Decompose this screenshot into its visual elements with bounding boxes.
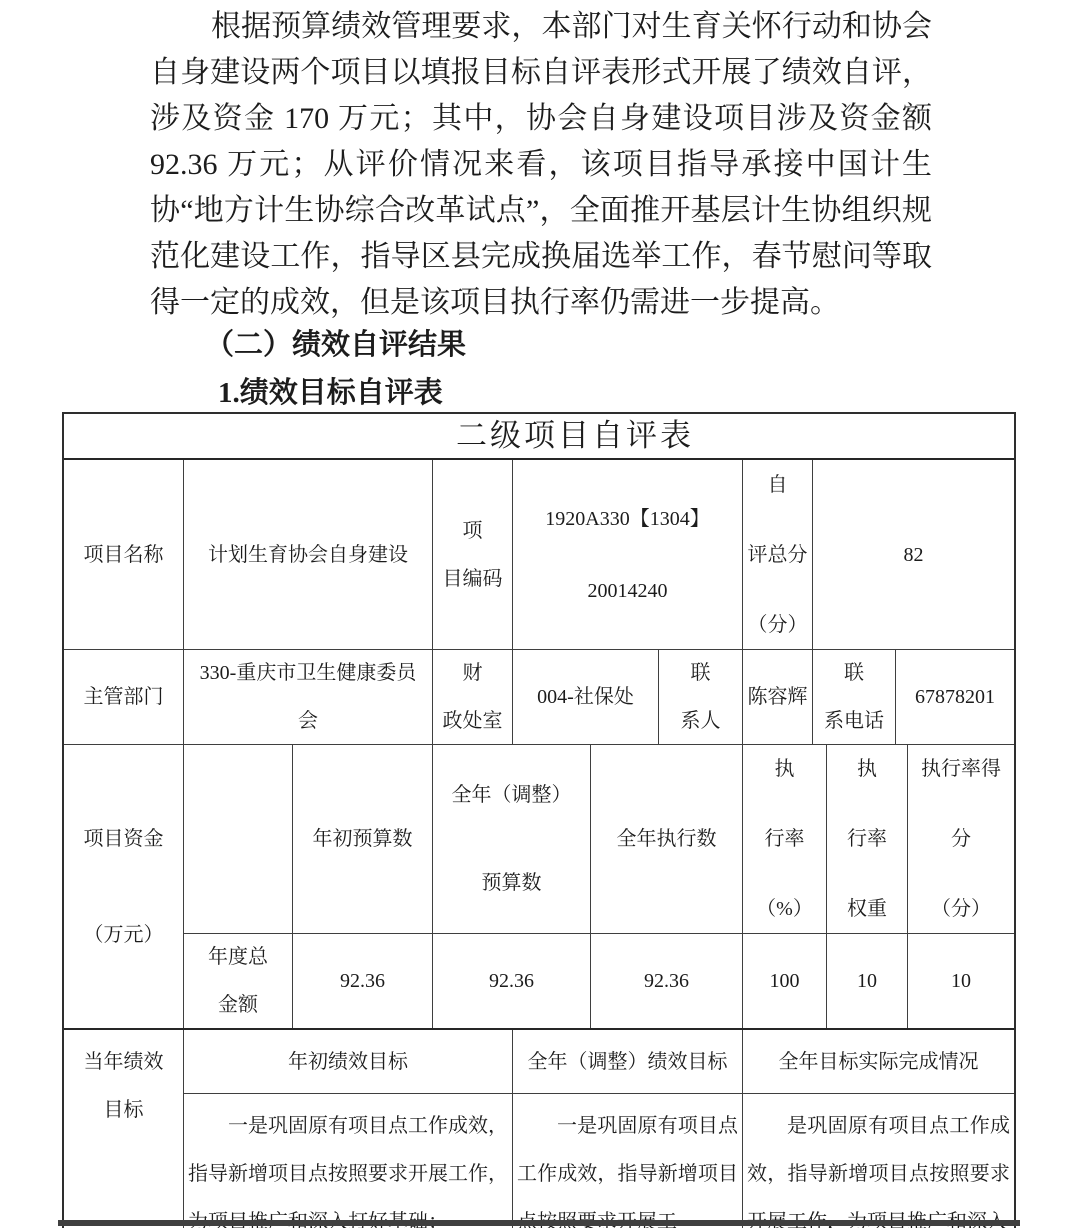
project-code-value: 1920A330【1304】 20014240	[513, 460, 743, 649]
table-row-funds: 项目资金 （万元） 年初预算数 全年（调整） 预算数 全年执行数 执 行率 （%…	[64, 745, 1014, 1030]
funds-subrows: 年初预算数 全年（调整） 预算数 全年执行数 执 行率 （%） 执 行率 权重 …	[184, 745, 1014, 1028]
funds-score-header: 执行率得 分 （分）	[908, 745, 1014, 933]
goals-initial-header: 年初绩效目标	[184, 1030, 513, 1093]
funds-weight-header: 执 行率 权重	[827, 745, 908, 933]
contact-label: 联 系人	[659, 650, 743, 744]
goals-actual-text: 是巩固原有项目点工作成效，指导新增项目点按照要求开展工作，为项目推广和深入	[743, 1094, 1014, 1228]
project-code-label: 项 目编码	[433, 460, 513, 649]
section-heading: （二）绩效自评结果	[205, 322, 466, 368]
funds-empty-cell	[184, 745, 293, 933]
goals-initial-text: 一是巩固原有项目点工作成效，指导新增项目点按照要求开展工作，为项目推广和深入打好…	[184, 1094, 513, 1228]
project-name-label: 项目名称	[64, 460, 184, 649]
execution-rate-value: 100	[743, 934, 827, 1028]
page-cut-edge	[58, 1220, 1020, 1226]
rate-score-value: 10	[908, 934, 1014, 1028]
adjusted-budget-value: 92.36	[433, 934, 591, 1028]
table-row-project: 项目名称 计划生育协会自身建设 项 目编码 1920A330【1304】 200…	[64, 460, 1014, 650]
table-title: 二级项目自评表	[64, 414, 1014, 458]
phone-value: 67878201	[896, 650, 1014, 744]
funds-rate-header: 执 行率 （%）	[743, 745, 827, 933]
initial-budget-value: 92.36	[293, 934, 433, 1028]
rate-weight-value: 10	[827, 934, 908, 1028]
document-page: 根据预算绩效管理要求，本部门对生育关怀行动和协会自身建设两个项目以填报目标自评表…	[0, 0, 1074, 1228]
department-value: 330-重庆市卫生健康委员 会	[184, 650, 433, 744]
self-score-value: 82	[813, 460, 1014, 649]
project-name-value: 计划生育协会自身建设	[184, 460, 433, 649]
phone-label: 联 系电话	[813, 650, 896, 744]
funds-label: 项目资金 （万元）	[64, 745, 184, 1028]
executed-amount-value: 92.36	[591, 934, 743, 1028]
self-score-label: 自 评总分 （分）	[743, 460, 813, 649]
funds-initial-header: 年初预算数	[293, 745, 433, 933]
goals-subrows: 年初绩效目标 全年（调整）绩效目标 全年目标实际完成情况 一是巩固原有项目点工作…	[184, 1030, 1014, 1228]
goals-label: 当年绩效 目标	[64, 1030, 184, 1228]
contact-value: 陈容辉	[743, 650, 813, 744]
self-evaluation-table: 二级项目自评表 项目名称 计划生育协会自身建设 项 目编码 1920A330【1…	[62, 412, 1016, 1228]
subsection-heading: 1.绩效目标自评表	[218, 370, 443, 416]
annual-total-label: 年度总 金额	[184, 934, 293, 1028]
goals-text-row: 一是巩固原有项目点工作成效，指导新增项目点按照要求开展工作，为项目推广和深入打好…	[184, 1094, 1014, 1228]
funds-adjusted-header: 全年（调整） 预算数	[433, 745, 591, 933]
funds-executed-header: 全年执行数	[591, 745, 743, 933]
finance-office-value: 004-社保处	[513, 650, 659, 744]
intro-paragraph: 根据预算绩效管理要求，本部门对生育关怀行动和协会自身建设两个项目以填报目标自评表…	[150, 4, 932, 326]
goals-actual-header: 全年目标实际完成情况	[743, 1030, 1014, 1093]
table-title-row: 二级项目自评表	[64, 414, 1014, 460]
funds-header-row: 年初预算数 全年（调整） 预算数 全年执行数 执 行率 （%） 执 行率 权重 …	[184, 745, 1014, 934]
table-row-goals: 当年绩效 目标 年初绩效目标 全年（调整）绩效目标 全年目标实际完成情况 一是巩…	[64, 1030, 1014, 1228]
finance-office-label: 财 政处室	[433, 650, 513, 744]
department-label: 主管部门	[64, 650, 184, 744]
goals-adjusted-text: 一是巩固原有项目点工作成效，指导新增项目点按照要求开展工	[513, 1094, 743, 1228]
goals-header-row: 年初绩效目标 全年（调整）绩效目标 全年目标实际完成情况	[184, 1030, 1014, 1094]
funds-value-row: 年度总 金额 92.36 92.36 92.36 100 10 10	[184, 934, 1014, 1028]
table-row-department: 主管部门 330-重庆市卫生健康委员 会 财 政处室 004-社保处 联 系人 …	[64, 650, 1014, 745]
goals-adjusted-header: 全年（调整）绩效目标	[513, 1030, 743, 1093]
